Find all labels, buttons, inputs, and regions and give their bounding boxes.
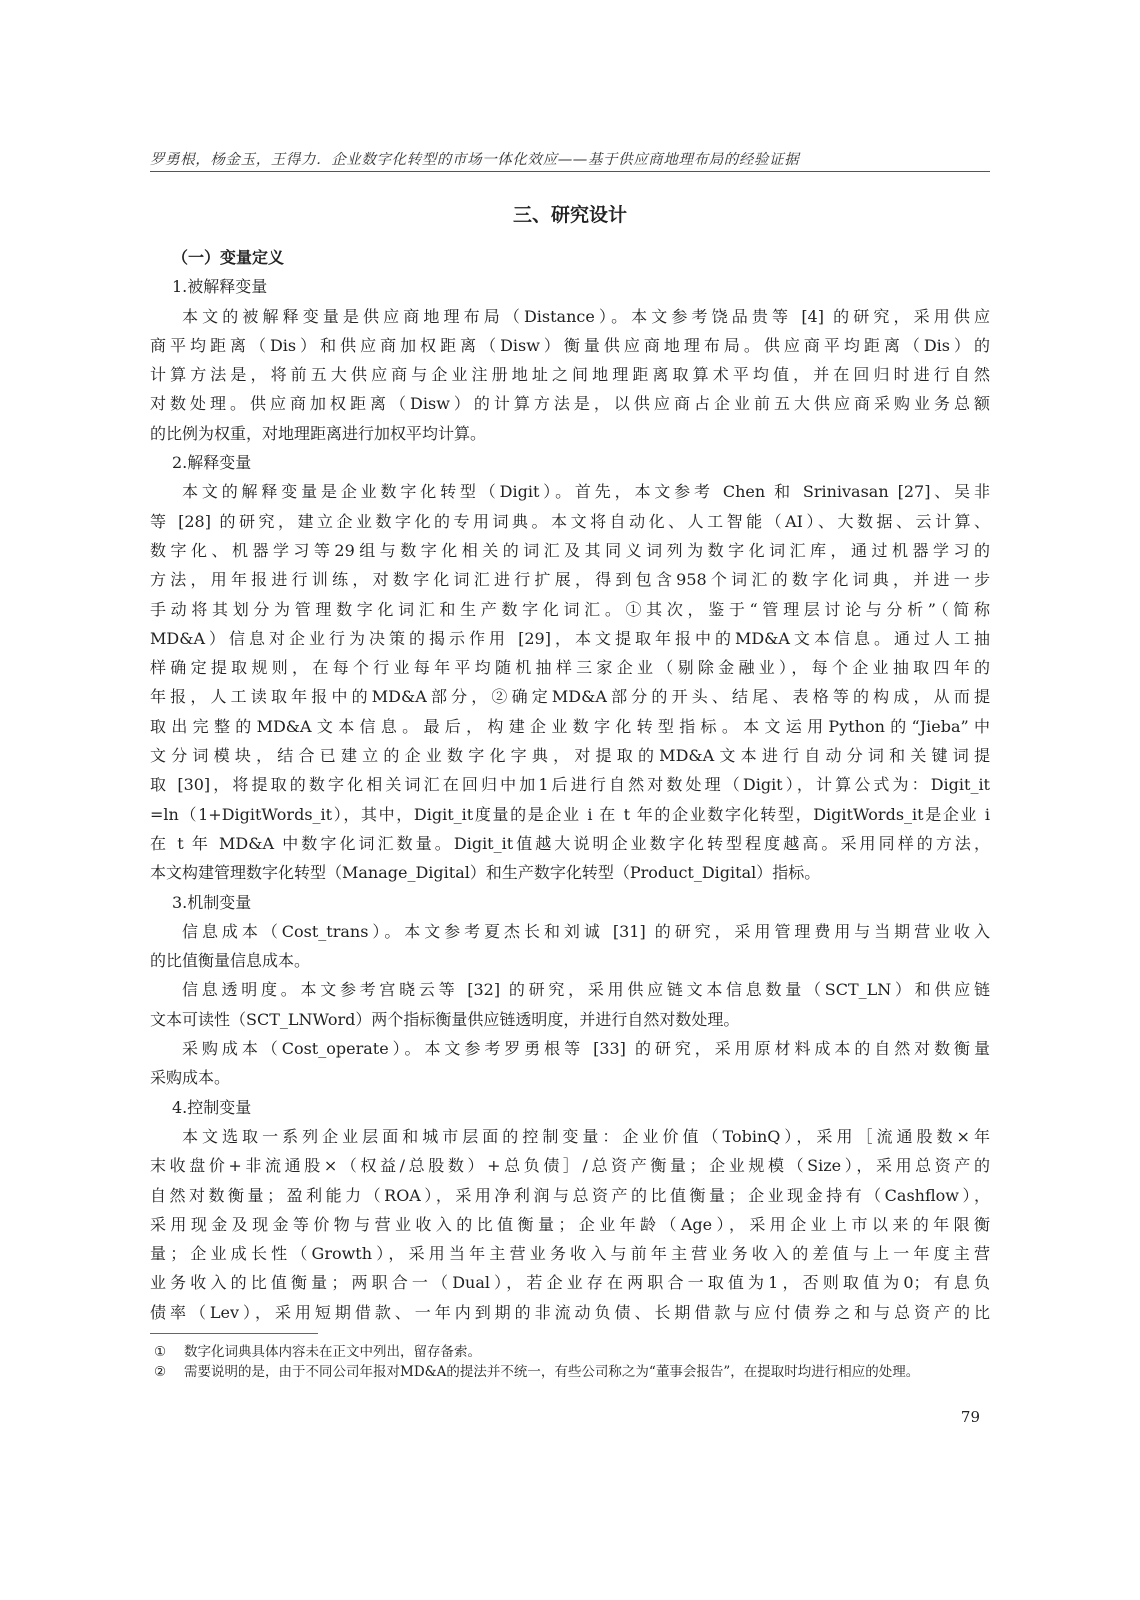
paragraph-mechanism-variable: 信息成本（Cost_trans）。本文参考夏杰长和刘诚 [31] 的研究，采用管… xyxy=(150,917,990,1093)
footnote-2: ② 需要说明的是，由于不同公司年报对MD&A的提法并不统一，有些公司称之为“董事… xyxy=(150,1363,990,1382)
page-number: 79 xyxy=(961,1408,980,1426)
text-line: 信息成本（Cost_trans）。本文参考夏杰长和刘诚 [31] 的研究，采用管… xyxy=(150,917,990,946)
text-line: 本文选取一系列企业层面和城市层面的控制变量：企业价值（TobinQ），采用［流通… xyxy=(150,1122,990,1151)
header-rule xyxy=(150,171,990,172)
text-line: 商平均距离（Dis）和供应商加权距离（Disw）衡量供应商地理布局。供应商平均距… xyxy=(150,331,990,360)
text-line: 采购成本。 xyxy=(150,1063,990,1092)
subheading-control-variable: 4.控制变量 xyxy=(172,1093,990,1122)
subheading-mechanism-variable: 3.机制变量 xyxy=(172,888,990,917)
text-line: 在 t 年 MD&A 中数字化词汇数量。Digit_it值越大说明企业数字化转型… xyxy=(150,829,990,858)
text-line: 计算方法是，将前五大供应商与企业注册地址之间地理距离取算术平均值，并在回归时进行… xyxy=(150,360,990,389)
text-line: 文本可读性（SCT_LNWord）两个指标衡量供应链透明度，并进行自然对数处理。 xyxy=(150,1005,990,1034)
text-line: =ln（1+DigitWords_it），其中，Digit_it度量的是企业 i… xyxy=(150,800,990,829)
text-line: 取出完整的MD&A文本信息。最后，构建企业数字化转型指标。本文运用Python的… xyxy=(150,712,990,741)
text-line: 本文构建管理数字化转型（Manage_Digital）和生产数字化转型（Prod… xyxy=(150,858,990,887)
footnote-text: 数字化词典具体内容未在正文中列出，留存备索。 xyxy=(184,1343,990,1362)
running-header: 罗勇根，杨金玉，王得力．企业数字化转型的市场一体化效应——基于供应商地理布局的经… xyxy=(150,148,990,169)
text-line: 采购成本（Cost_operate）。本文参考罗勇根等 [33] 的研究，采用原… xyxy=(150,1034,990,1063)
text-line: 手动将其划分为管理数字化词汇和生产数字化词汇。①其次，鉴于“管理层讨论与分析”（… xyxy=(150,595,990,624)
subheading-dependent-variable: 1.被解释变量 xyxy=(172,272,990,301)
text-line: 等 [28] 的研究，建立企业数字化的专用词典。本文将自动化、人工智能（AI）、… xyxy=(150,507,990,536)
text-line: 本文的解释变量是企业数字化转型（Digit）。首先，本文参考 Chen 和 Sr… xyxy=(150,477,990,506)
section-title: 三、研究设计 xyxy=(150,200,990,227)
text-line: 年报，人工读取年报中的MD&A部分，②确定MD&A部分的开头、结尾、表格等的构成… xyxy=(150,682,990,711)
text-line: 自然对数衡量；盈利能力（ROA），采用净利润与总资产的比值衡量；企业现金持有（C… xyxy=(150,1181,990,1210)
paragraph-control-variable: 本文选取一系列企业层面和城市层面的控制变量：企业价值（TobinQ），采用［流通… xyxy=(150,1122,990,1327)
text-line: 取 [30]，将提取的数字化相关词汇在回归中加1后进行自然对数处理（Digit）… xyxy=(150,770,990,799)
footnote-mark: ① xyxy=(150,1343,184,1362)
subheading-explanatory-variable: 2.解释变量 xyxy=(172,448,990,477)
text-line: 本文的被解释变量是供应商地理布局（Distance）。本文参考饶品贵等 [4] … xyxy=(150,302,990,331)
text-line: 量；企业成长性（Growth），采用当年主营业务收入与前年主营业务收入的差值与上… xyxy=(150,1239,990,1268)
body-text: （一）变量定义 1.被解释变量 本文的被解释变量是供应商地理布局（Distanc… xyxy=(150,243,990,1327)
text-line: MD&A）信息对企业行为决策的揭示作用 [29]，本文提取年报中的MD&A文本信… xyxy=(150,624,990,653)
paragraph-dependent-variable: 本文的被解释变量是供应商地理布局（Distance）。本文参考饶品贵等 [4] … xyxy=(150,302,990,448)
text-line: 方法，用年报进行训练，对数字化词汇进行扩展，得到包含958个词汇的数字化词典，并… xyxy=(150,565,990,594)
text-line: 对数处理。供应商加权距离（Disw）的计算方法是，以供应商占企业前五大供应商采购… xyxy=(150,389,990,418)
paragraph-explanatory-variable: 本文的解释变量是企业数字化转型（Digit）。首先，本文参考 Chen 和 Sr… xyxy=(150,477,990,887)
footnote-rule xyxy=(150,1333,318,1334)
text-line: 样确定提取规则，在每个行业每年平均随机抽样三家企业（剔除金融业），每个企业抽取四… xyxy=(150,653,990,682)
text-line: 文分词模块，结合已建立的企业数字化字典，对提取的MD&A文本进行自动分词和关键词… xyxy=(150,741,990,770)
footnote-text: 需要说明的是，由于不同公司年报对MD&A的提法并不统一，有些公司称之为“董事会报… xyxy=(184,1363,990,1382)
text-line: 债率（Lev），采用短期借款、一年内到期的非流动负债、长期借款与应付债券之和与总… xyxy=(150,1298,990,1327)
footnote-1: ① 数字化词典具体内容未在正文中列出，留存备索。 xyxy=(150,1343,990,1362)
text-line: 信息透明度。本文参考宫晓云等 [32] 的研究，采用供应链文本信息数量（SCT_… xyxy=(150,975,990,1004)
subsection-title: （一）变量定义 xyxy=(172,243,990,272)
text-line: 采用现金及现金等价物与营业收入的比值衡量；企业年龄（Age），采用企业上市以来的… xyxy=(150,1210,990,1239)
text-line: 末收盘价+非流通股×（权益/总股数）+总负债］/总资产衡量；企业规模（Size）… xyxy=(150,1151,990,1180)
footnote-mark: ② xyxy=(150,1363,184,1382)
text-line: 的比例为权重，对地理距离进行加权平均计算。 xyxy=(150,419,990,448)
text-line: 业务收入的比值衡量；两职合一（Dual），若企业存在两职合一取值为1，否则取值为… xyxy=(150,1268,990,1297)
footnotes: ① 数字化词典具体内容未在正文中列出，留存备索。 ② 需要说明的是，由于不同公司… xyxy=(150,1343,990,1383)
text-line: 的比值衡量信息成本。 xyxy=(150,946,990,975)
text-line: 数字化、机器学习等29组与数字化相关的词汇及其同义词列为数字化词汇库，通过机器学… xyxy=(150,536,990,565)
